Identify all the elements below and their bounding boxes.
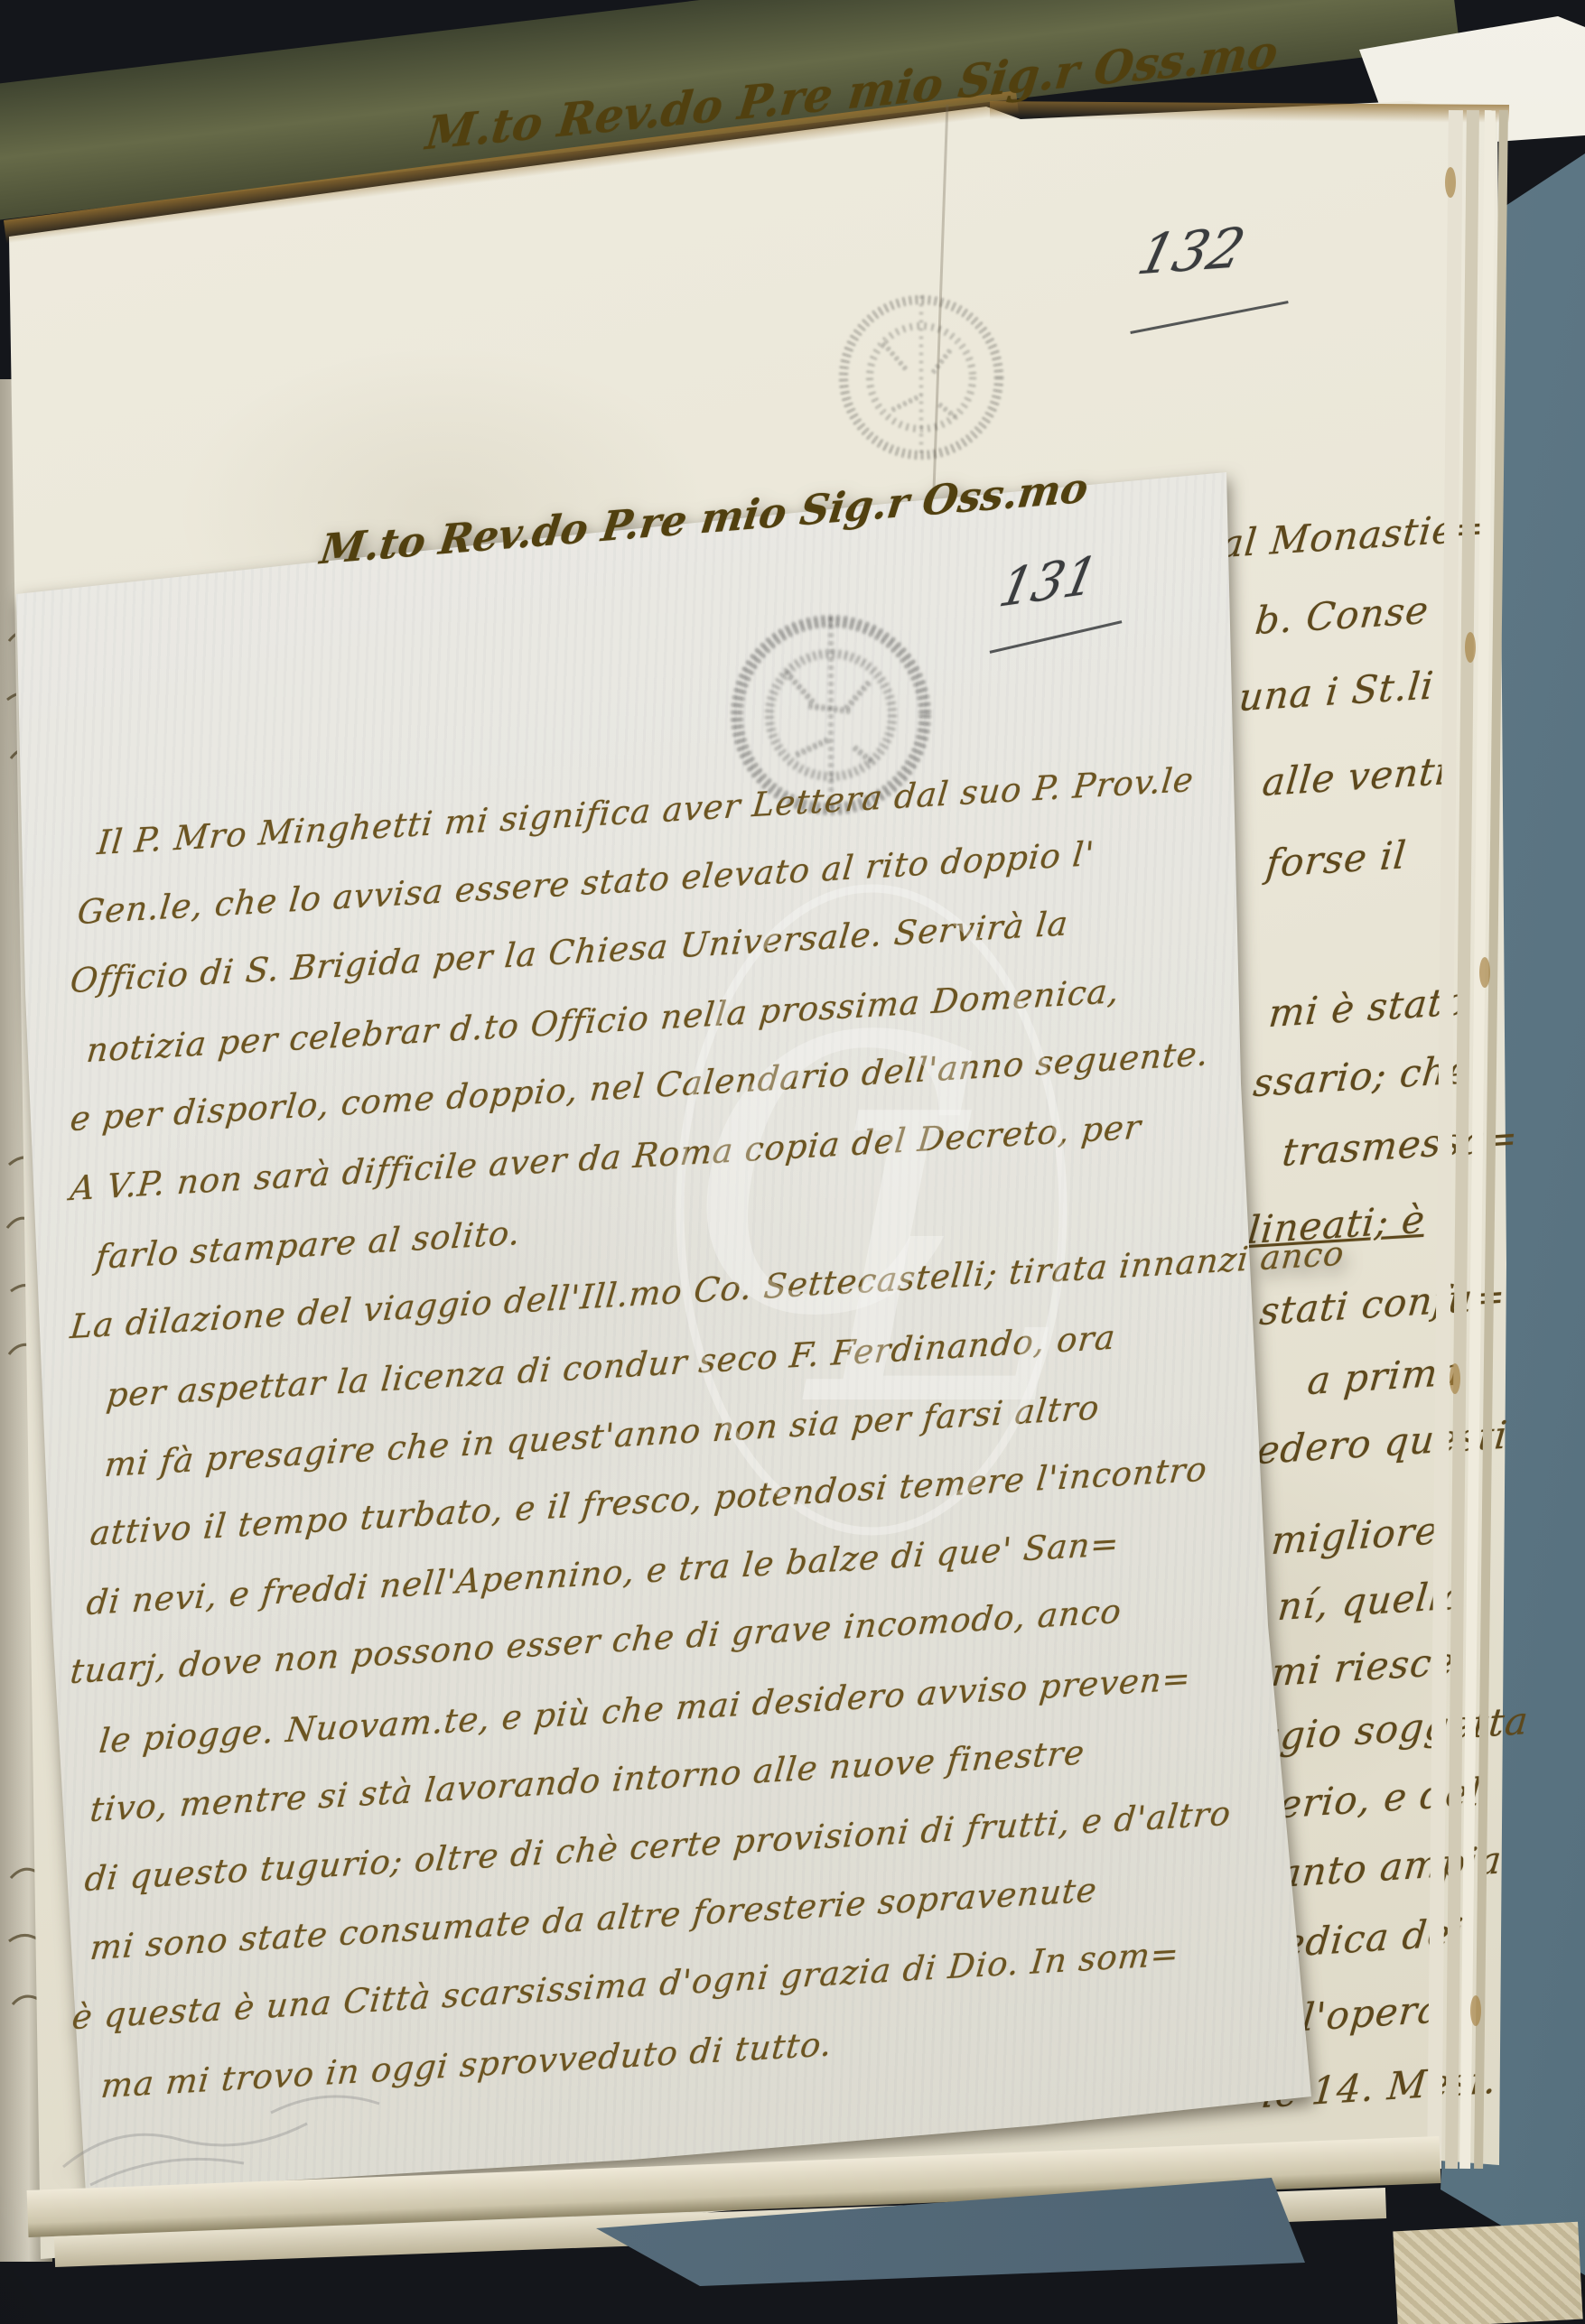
watermark-letter: L (802, 1031, 1072, 1493)
archive-watermark-icon: C L (664, 858, 1079, 1544)
manuscript-photo: M.to Rev.do P.re mio Sig.r Oss.mo 132 al… (0, 0, 1585, 2324)
cover-fabric-corner (1393, 2222, 1582, 2324)
